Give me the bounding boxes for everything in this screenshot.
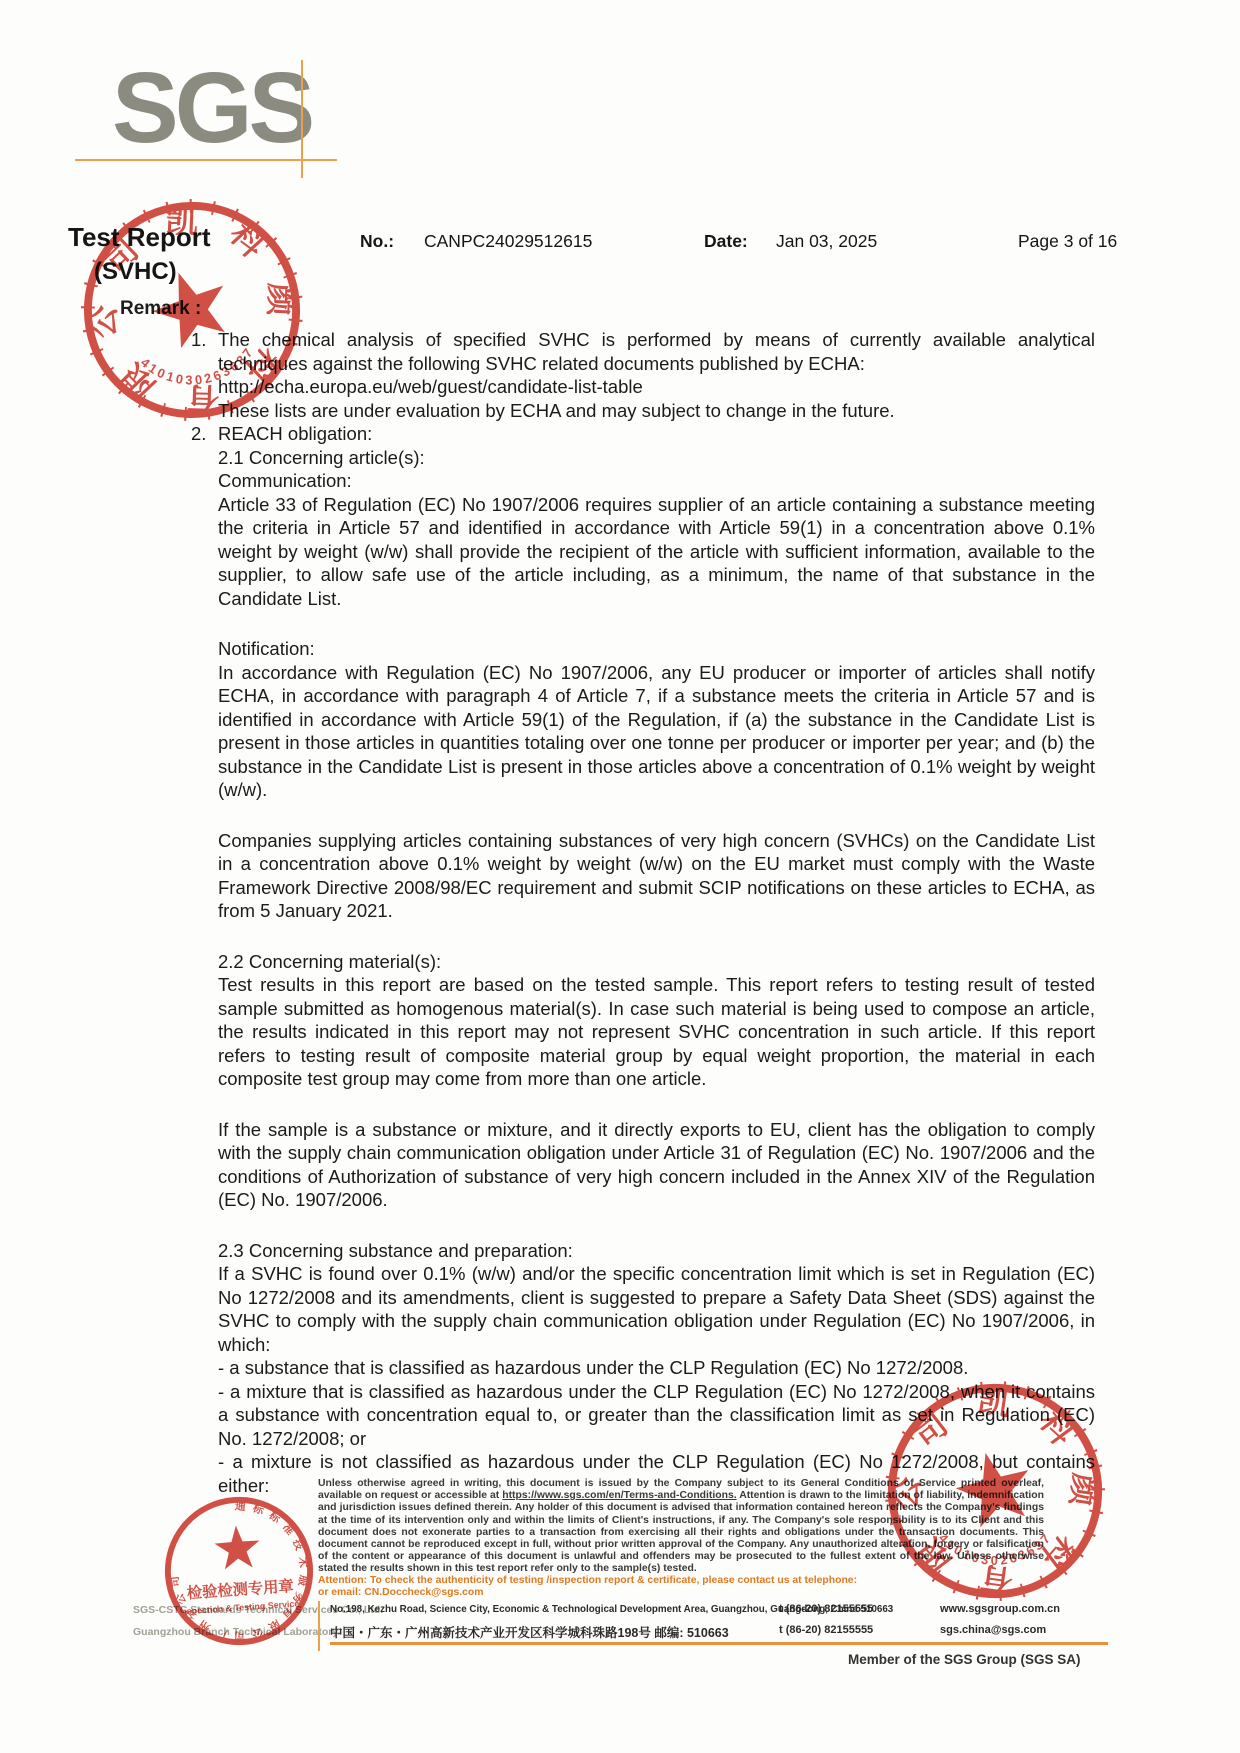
communication-paragraph: Article 33 of Regulation (EC) No 1907/20…: [218, 493, 1095, 611]
logo-vertical-line: [301, 60, 303, 178]
website: www.sgsgroup.com.cn: [940, 1603, 1060, 1615]
report-no-value: CANPC24029512615: [424, 231, 592, 252]
section-2-2-heading: 2.2 Concerning material(s):: [218, 950, 1095, 974]
star-icon: [213, 1524, 261, 1570]
attention-note-line1: Attention: To check the authenticity of …: [318, 1575, 1044, 1587]
telephone-2: t (86-20) 82155555: [779, 1624, 873, 1636]
test-report-page: SGS Test Report (SVHC) No.: CANPC2402951…: [0, 0, 1240, 1753]
terms-url: https://www.sgs.com/en/Terms-and-Conditi…: [502, 1490, 736, 1501]
remark-item-2: 2. REACH obligation:: [218, 422, 1095, 446]
notification-paragraph: In accordance with Regulation (EC) No 19…: [218, 661, 1095, 802]
remark-item-1: 1. The chemical analysis of specified SV…: [218, 328, 1095, 422]
companies-paragraph: Companies supplying articles containing …: [218, 829, 1095, 923]
logo-underline: [75, 159, 337, 161]
sgs-logo: SGS: [112, 58, 311, 158]
section-2-1-heading: 2.1 Concerning article(s):: [218, 446, 1095, 470]
communication-label: Communication:: [218, 469, 1095, 493]
remark-item-1-number: 1.: [191, 328, 206, 352]
notification-label: Notification:: [218, 637, 1095, 661]
section-2-3-heading: 2.3 Concerning substance and preparation…: [218, 1239, 1095, 1263]
report-date-label: Date:: [704, 231, 748, 252]
telephone-1: t (86-20) 82155555: [779, 1603, 873, 1615]
report-date-value: Jan 03, 2025: [776, 231, 877, 252]
report-title: Test Report: [68, 222, 211, 253]
page-indicator: Page 3 of 16: [1018, 231, 1117, 252]
footer-disclaimer: Unless otherwise agreed in writing, this…: [318, 1478, 1044, 1576]
remark-item-1-note: These lists are under evaluation by ECHA…: [218, 399, 1095, 423]
section-2-2-paragraph-1: Test results in this report are based on…: [218, 973, 1095, 1091]
candidate-list-url: http://echa.europa.eu/web/guest/candidat…: [218, 375, 1095, 399]
seal-line1: 检验检测专用章: [186, 1577, 294, 1602]
member-divider-line: [330, 1642, 1108, 1645]
remark-item-2-number: 2.: [191, 422, 206, 446]
attention-note-line2: or email: CN.Doccheck@sgs.com: [318, 1587, 1044, 1599]
address-divider-line: [318, 1601, 320, 1651]
section-2-2-paragraph-2: If the sample is a substance or mixture,…: [218, 1118, 1095, 1212]
disclaimer-text-continued: Attention is drawn to the limitation of …: [318, 1490, 1044, 1574]
report-subtitle: (SVHC): [94, 258, 177, 286]
footer-company-branch: Guangzhou Branch Technical Laboratory.: [133, 1626, 340, 1638]
bullet-mixture-hazardous: - a mixture that is classified as hazard…: [218, 1380, 1095, 1451]
bullet-substance: - a substance that is classified as haza…: [218, 1356, 1095, 1380]
remark-heading: Remark :: [120, 298, 201, 320]
email-address: sgs.china@sgs.com: [940, 1624, 1046, 1636]
remark-item-1-text: The chemical analysis of specified SVHC …: [218, 328, 1095, 375]
remark-item-2-text: REACH obligation:: [218, 422, 1095, 446]
address-chinese: 中国・广东・广州高新技术产业开发区科学城科珠路198号 邮编: 510663: [330, 1623, 729, 1641]
report-no-label: No.:: [360, 231, 394, 252]
remark-body: 1. The chemical analysis of specified SV…: [218, 328, 1095, 1497]
section-2-3-paragraph: If a SVHC is found over 0.1% (w/w) and/o…: [218, 1262, 1095, 1356]
sgs-member-note: Member of the SGS Group (SGS SA): [848, 1652, 1081, 1667]
